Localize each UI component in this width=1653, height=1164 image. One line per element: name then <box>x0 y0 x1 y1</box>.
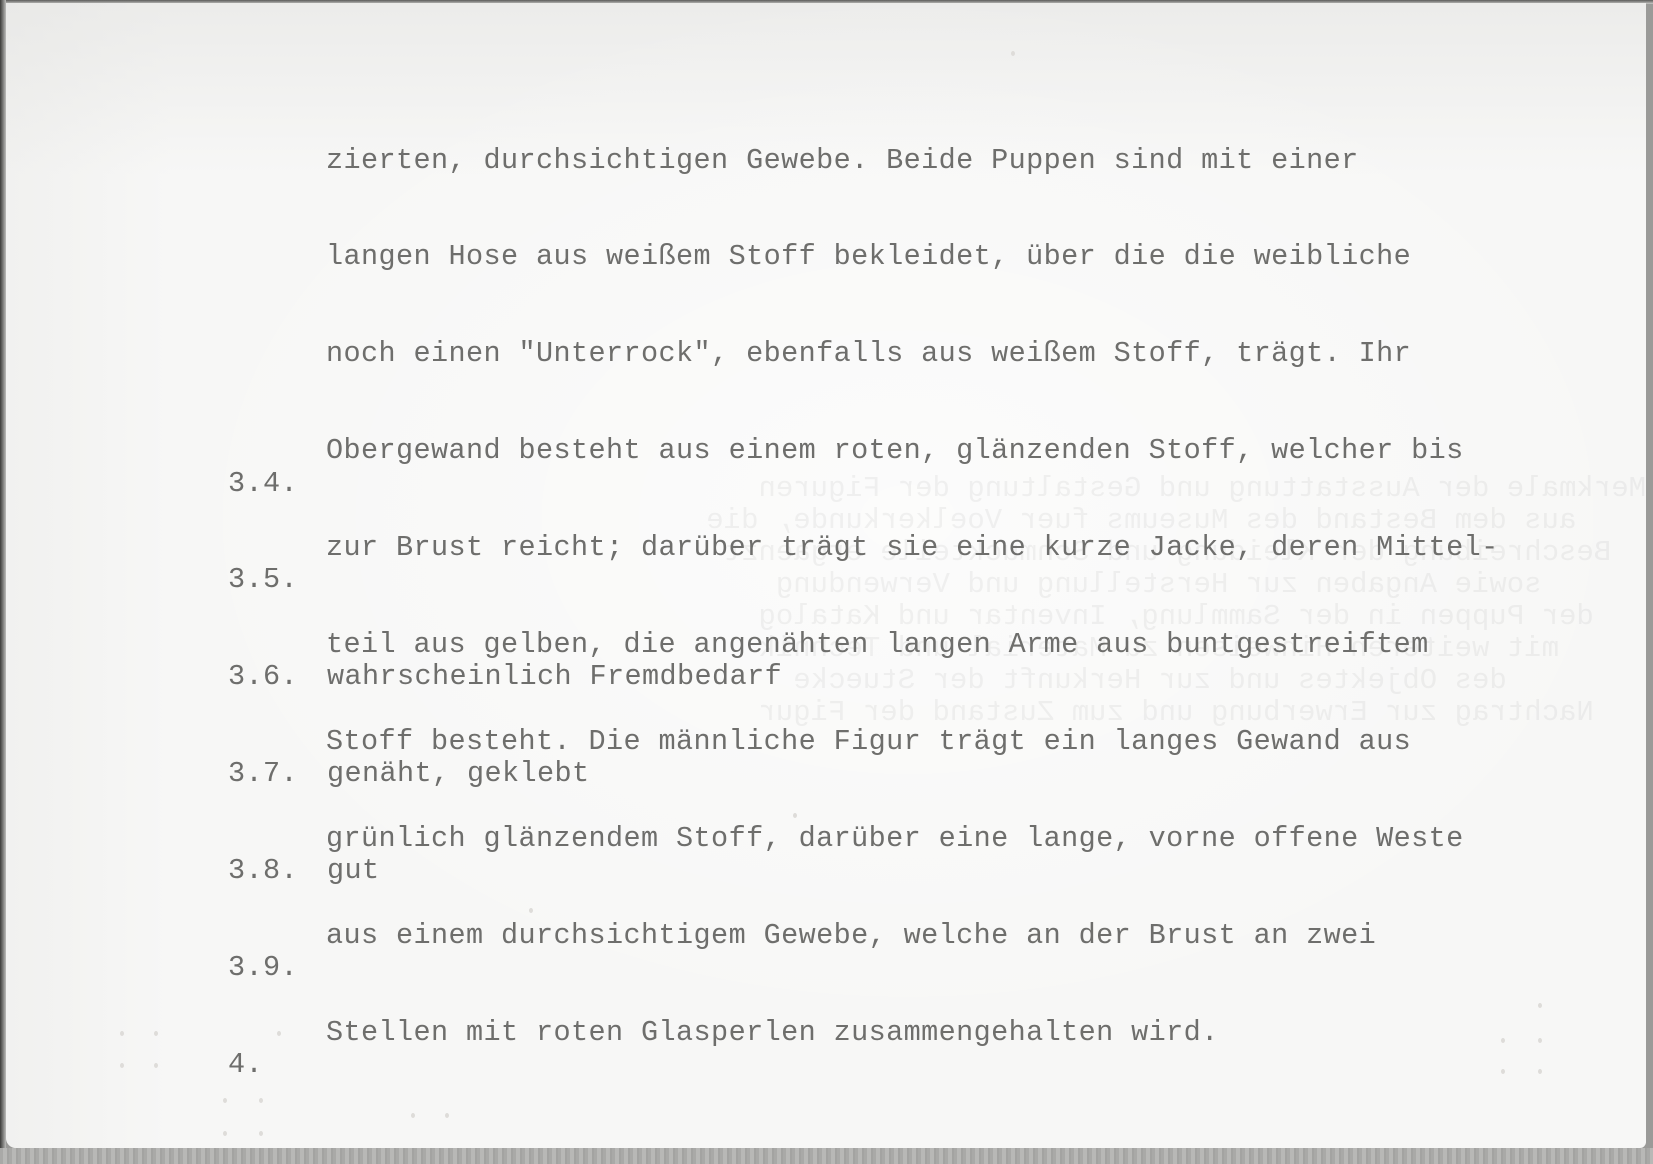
paragraph-line: langen Hose aus weißem Stoff bekleidet, … <box>326 241 1499 273</box>
item-number: 3.6. <box>228 661 327 693</box>
item-number: 3.4. <box>228 468 327 500</box>
paper-punch-mark <box>223 1098 227 1103</box>
item-value: genäht, geklebt <box>327 758 782 790</box>
paper-punch-mark <box>154 1063 158 1068</box>
paper-punch-mark <box>1538 1038 1542 1043</box>
list-item: 3.7. genäht, geklebt <box>228 758 782 790</box>
paper-punch-mark <box>529 908 533 913</box>
paragraph-line: noch einen "Unterrock", ebenfalls aus we… <box>326 338 1499 370</box>
item-number: 3.5. <box>228 564 327 596</box>
item-value <box>327 468 782 500</box>
paper-punch-mark <box>1538 1069 1542 1074</box>
paper-punch-mark <box>223 1131 227 1136</box>
paper-punch-mark <box>1011 51 1015 56</box>
paper-punch-mark <box>120 1063 124 1068</box>
list-item: 3.9. <box>228 952 782 984</box>
paper-punch-mark <box>1501 1038 1505 1043</box>
paragraph-line: zierten, durchsichtigen Gewebe. Beide Pu… <box>326 145 1499 177</box>
paper-punch-mark <box>154 1031 158 1036</box>
paper-punch-mark <box>259 1131 263 1136</box>
typewritten-page: Merkmale der Ausstattung und Gestaltung … <box>6 3 1646 1148</box>
paper-punch-mark <box>411 1113 415 1118</box>
item-number: 3.8. <box>228 855 327 887</box>
list-item: 3.8. gut <box>228 855 782 887</box>
paper-punch-mark <box>445 1113 449 1118</box>
item-value <box>327 564 782 596</box>
item-value <box>327 952 782 984</box>
paper-punch-mark <box>259 1098 263 1103</box>
item-number: 3.7. <box>228 758 327 790</box>
scan-frame-bottom-edge <box>0 1148 1653 1164</box>
paper-punch-mark <box>1501 1069 1505 1074</box>
list-item: 3.6. wahrscheinlich Fremdbedarf <box>228 661 782 693</box>
list-item: 3.4. <box>228 468 782 500</box>
item-number: 3.9. <box>228 952 327 984</box>
paper-punch-mark <box>793 813 797 818</box>
item-value: gut <box>327 855 782 887</box>
paper-punch-mark <box>277 1031 281 1036</box>
item-value: wahrscheinlich Fremdbedarf <box>327 661 782 693</box>
item-number: 4. <box>228 1049 327 1081</box>
list-item: 3.5. <box>228 564 782 596</box>
list-item: 4. <box>228 1049 782 1081</box>
paper-punch-mark <box>1538 1003 1542 1008</box>
item-value <box>327 1049 782 1081</box>
paper-punch-mark <box>120 1031 124 1036</box>
numbered-items-list: 3.4. 3.5. 3.6. wahrscheinlich Fremdbedar… <box>228 403 782 1146</box>
